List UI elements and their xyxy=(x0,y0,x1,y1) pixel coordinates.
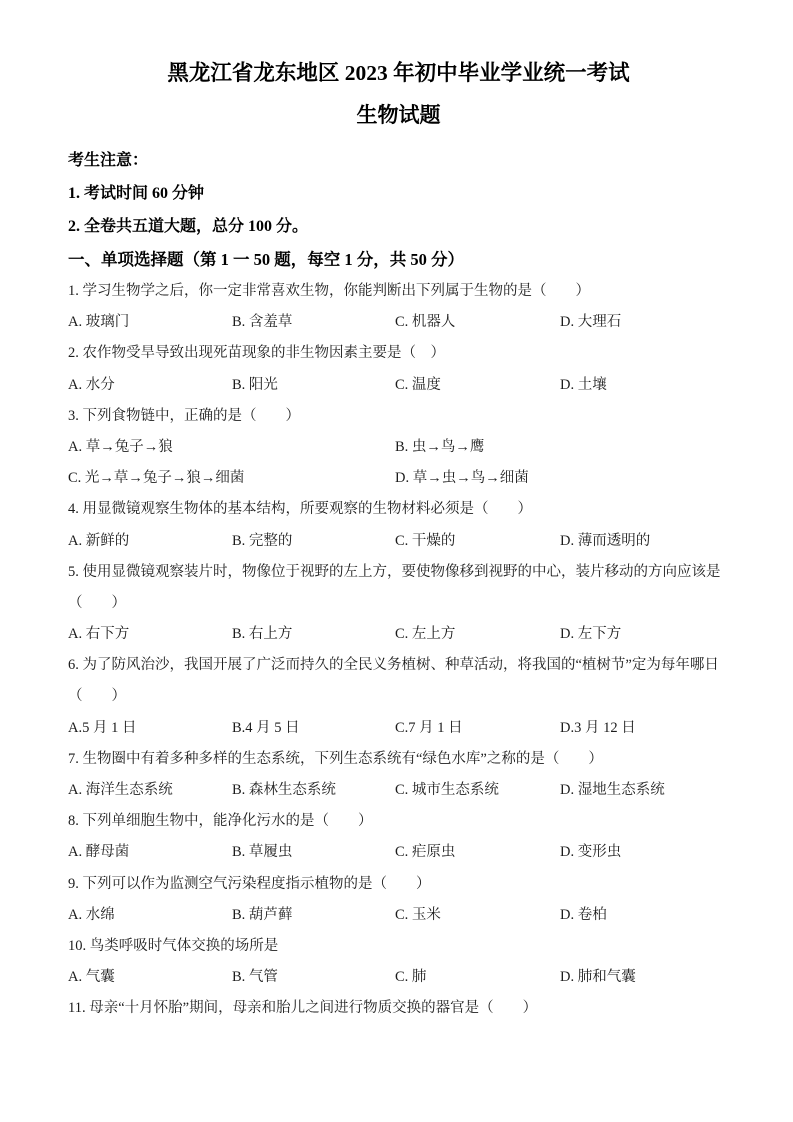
notice-item-exam-time: 1. 考试时间 60 分钟 xyxy=(68,177,729,210)
question-4-option-B: B. 完整的 xyxy=(232,526,292,557)
question-1: 1. 学习生物学之后，你一定非常喜欢生物，你能判断出下列属于生物的是（ ）A. … xyxy=(68,276,729,338)
question-6: 6. 为了防风治沙，我国开展了广泛而持久的全民义务植树、种草活动，将我国的“植树… xyxy=(68,650,729,744)
question-3-option-C: C. 光→草→兔子→狼→细菌 xyxy=(68,463,244,494)
question-9: 9. 下列可以作为监测空气污染程度指示植物的是（ ）A. 水绵B. 葫芦藓C. … xyxy=(68,869,729,931)
question-5-option-A: A. 右下方 xyxy=(68,619,129,650)
question-8-option-D: D. 变形虫 xyxy=(560,837,621,868)
question-4-option-A: A. 新鲜的 xyxy=(68,526,129,557)
question-list: 1. 学习生物学之后，你一定非常喜欢生物，你能判断出下列属于生物的是（ ）A. … xyxy=(68,276,729,1025)
question-5-option-D: D. 左下方 xyxy=(560,619,621,650)
question-3: 3. 下列食物链中，正确的是（ ）A. 草→兔子→狼B. 虫→鸟→鹰C. 光→草… xyxy=(68,401,729,495)
question-10-option-A: A. 气囊 xyxy=(68,962,115,993)
question-2-options-row: A. 水分B. 阳光C. 温度D. 土壤 xyxy=(68,370,729,401)
question-9-stem: 9. 下列可以作为监测空气污染程度指示植物的是（ ） xyxy=(68,869,729,900)
question-7-option-B: B. 森林生态系统 xyxy=(232,775,336,806)
question-8-option-A: A. 酵母菌 xyxy=(68,837,129,868)
question-2-option-D: D. 土壤 xyxy=(560,370,607,401)
question-10-option-C: C. 肺 xyxy=(395,962,426,993)
question-2-stem: 2. 农作物受旱导致出现死苗现象的非生物因素主要是（ ） xyxy=(68,338,729,369)
question-5-option-B: B. 右上方 xyxy=(232,619,292,650)
question-1-option-A: A. 玻璃门 xyxy=(68,307,129,338)
question-6-option-D: D.3 月 12 日 xyxy=(560,713,636,744)
question-7-stem: 7. 生物圈中有着多种多样的生态系统，下列生态系统有“绿色水库”之称的是（ ） xyxy=(68,744,729,775)
question-8-option-B: B. 草履虫 xyxy=(232,837,292,868)
question-10-stem: 10. 鸟类呼吸时气体交换的场所是 xyxy=(68,931,729,962)
question-4-option-C: C. 干燥的 xyxy=(395,526,455,557)
question-7-option-A: A. 海洋生态系统 xyxy=(68,775,173,806)
question-2-option-A: A. 水分 xyxy=(68,370,115,401)
question-9-option-B: B. 葫芦藓 xyxy=(232,900,292,931)
question-2-option-B: B. 阳光 xyxy=(232,370,278,401)
question-5-option-C: C. 左上方 xyxy=(395,619,455,650)
notice-block: 考生注意： 1. 考试时间 60 分钟 2. 全卷共五道大题，总分 100 分。 xyxy=(68,145,729,243)
question-6-option-A: A.5 月 1 日 xyxy=(68,713,136,744)
question-3-options-row: C. 光→草→兔子→狼→细菌D. 草→虫→鸟→细菌 xyxy=(68,463,729,494)
question-5-stem: 5. 使用显微镜观察装片时，物像位于视野的左上方，要使物像移到视野的中心，装片移… xyxy=(68,557,729,588)
notice-heading: 考生注意： xyxy=(68,145,729,177)
question-3-stem: 3. 下列食物链中，正确的是（ ） xyxy=(68,401,729,432)
question-7: 7. 生物圈中有着多种多样的生态系统，下列生态系统有“绿色水库”之称的是（ ）A… xyxy=(68,744,729,806)
question-11: 11. 母亲“十月怀胎”期间，母亲和胎儿之间进行物质交换的器官是（ ） xyxy=(68,993,729,1024)
question-4: 4. 用显微镜观察生物体的基本结构，所要观察的生物材料必须是（ ）A. 新鲜的B… xyxy=(68,494,729,556)
question-4-option-D: D. 薄而透明的 xyxy=(560,526,650,557)
question-1-stem: 1. 学习生物学之后，你一定非常喜欢生物，你能判断出下列属于生物的是（ ） xyxy=(68,276,729,307)
question-3-option-D: D. 草→虫→鸟→细菌 xyxy=(395,463,529,494)
question-8-options-row: A. 酵母菌B. 草履虫C. 疟原虫D. 变形虫 xyxy=(68,837,729,868)
question-10: 10. 鸟类呼吸时气体交换的场所是A. 气囊B. 气管C. 肺D. 肺和气囊 xyxy=(68,931,729,993)
question-4-options-row: A. 新鲜的B. 完整的C. 干燥的D. 薄而透明的 xyxy=(68,526,729,557)
question-11-stem: 11. 母亲“十月怀胎”期间，母亲和胎儿之间进行物质交换的器官是（ ） xyxy=(68,993,729,1024)
question-6-option-B: B.4 月 5 日 xyxy=(232,713,300,744)
question-9-option-A: A. 水绵 xyxy=(68,900,115,931)
question-10-options-row: A. 气囊B. 气管C. 肺D. 肺和气囊 xyxy=(68,962,729,993)
question-5-options-row: A. 右下方B. 右上方C. 左上方D. 左下方 xyxy=(68,619,729,650)
question-1-options-row: A. 玻璃门B. 含羞草C. 机器人D. 大理石 xyxy=(68,307,729,338)
question-7-option-D: D. 湿地生态系统 xyxy=(560,775,665,806)
question-8-stem: 8. 下列单细胞生物中，能净化污水的是（ ） xyxy=(68,806,729,837)
question-9-option-C: C. 玉米 xyxy=(395,900,441,931)
question-1-option-D: D. 大理石 xyxy=(560,307,621,338)
question-6-stem: （ ） xyxy=(68,681,729,712)
question-6-stem: 6. 为了防风治沙，我国开展了广泛而持久的全民义务植树、种草活动，将我国的“植树… xyxy=(68,650,729,681)
question-5: 5. 使用显微镜观察装片时，物像位于视野的左上方，要使物像移到视野的中心，装片移… xyxy=(68,557,729,651)
question-6-option-C: C.7 月 1 日 xyxy=(395,713,463,744)
question-7-option-C: C. 城市生态系统 xyxy=(395,775,499,806)
question-2: 2. 农作物受旱导致出现死苗现象的非生物因素主要是（ ）A. 水分B. 阳光C.… xyxy=(68,338,729,400)
question-8-option-C: C. 疟原虫 xyxy=(395,837,455,868)
question-4-stem: 4. 用显微镜观察生物体的基本结构，所要观察的生物材料必须是（ ） xyxy=(68,494,729,525)
notice-item-total-score: 2. 全卷共五道大题，总分 100 分。 xyxy=(68,210,729,243)
exam-subtitle: 生物试题 xyxy=(68,100,729,130)
question-5-stem: （ ） xyxy=(68,588,729,619)
question-8: 8. 下列单细胞生物中，能净化污水的是（ ）A. 酵母菌B. 草履虫C. 疟原虫… xyxy=(68,806,729,868)
question-10-option-B: B. 气管 xyxy=(232,962,278,993)
question-1-option-C: C. 机器人 xyxy=(395,307,455,338)
question-3-option-A: A. 草→兔子→狼 xyxy=(68,432,173,463)
question-3-option-B: B. 虫→鸟→鹰 xyxy=(395,432,484,463)
question-3-options-row: A. 草→兔子→狼B. 虫→鸟→鹰 xyxy=(68,432,729,463)
section-heading-multiple-choice: 一、单项选择题（第 1 一 50 题，每空 1 分，共 50 分） xyxy=(68,243,729,276)
question-9-option-D: D. 卷柏 xyxy=(560,900,607,931)
exam-title: 黑龙江省龙东地区 2023 年初中毕业学业统一考试 xyxy=(68,58,729,88)
question-10-option-D: D. 肺和气囊 xyxy=(560,962,636,993)
question-2-option-C: C. 温度 xyxy=(395,370,441,401)
question-9-options-row: A. 水绵B. 葫芦藓C. 玉米D. 卷柏 xyxy=(68,900,729,931)
question-7-options-row: A. 海洋生态系统B. 森林生态系统C. 城市生态系统D. 湿地生态系统 xyxy=(68,775,729,806)
question-1-option-B: B. 含羞草 xyxy=(232,307,292,338)
question-6-options-row: A.5 月 1 日B.4 月 5 日C.7 月 1 日D.3 月 12 日 xyxy=(68,713,729,744)
exam-document: 黑龙江省龙东地区 2023 年初中毕业学业统一考试 生物试题 考生注意： 1. … xyxy=(0,0,793,1122)
